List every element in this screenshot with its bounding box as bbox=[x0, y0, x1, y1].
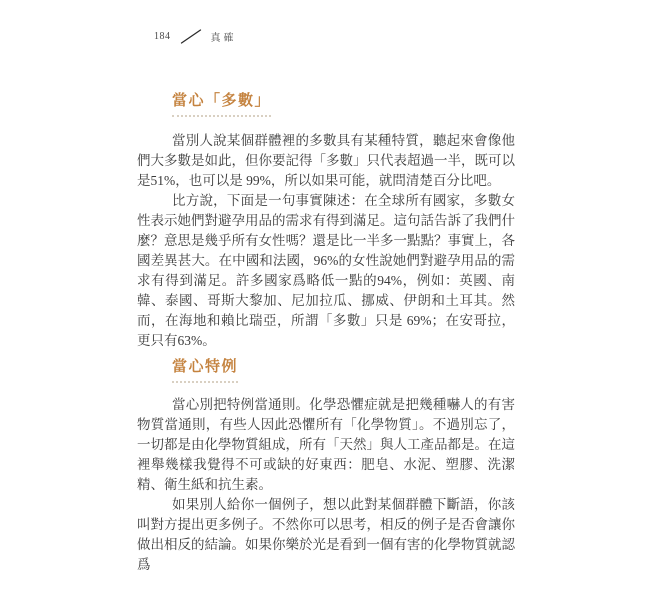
running-head: 184 真確 bbox=[154, 29, 237, 44]
section-1-heading-row: 當心「多數」 bbox=[137, 94, 515, 131]
book-title: 真確 bbox=[211, 29, 237, 44]
page-content: 當心「多數」 當別人說某個群體裡的多數具有某種特質，聽起來會像他們大多數是如此，… bbox=[137, 94, 515, 575]
section-2-paragraph-2: 如果別人給你一個例子，想以此對某個群體下斷語，你該叫對方提出更多例子。不然你可以… bbox=[137, 495, 515, 575]
section-1-paragraph-1: 當別人說某個群體裡的多數具有某種特質，聽起來會像他們大多數是如此，但你要記得「多… bbox=[137, 131, 515, 191]
book-page: 184 真確 當心「多數」 當別人說某個群體裡的多數具有某種特質，聽起來會像他們… bbox=[0, 0, 655, 609]
section-1-heading: 當心「多數」 bbox=[172, 94, 271, 117]
section-2-heading: 當心特例 bbox=[172, 360, 238, 383]
section-1-paragraph-2: 比方說，下面是一句事實陳述：在全球所有國家，多數女性表示她們對避孕用品的需求有得… bbox=[137, 191, 515, 351]
section-2-heading-row: 當心特例 bbox=[137, 351, 515, 395]
section-2-paragraph-1: 當心別把特例當通則。化學恐懼症就是把幾種嚇人的有害物質當通則，有些人因此恐懼所有… bbox=[137, 395, 515, 495]
page-number: 184 bbox=[154, 31, 171, 42]
slash-icon bbox=[180, 29, 202, 44]
